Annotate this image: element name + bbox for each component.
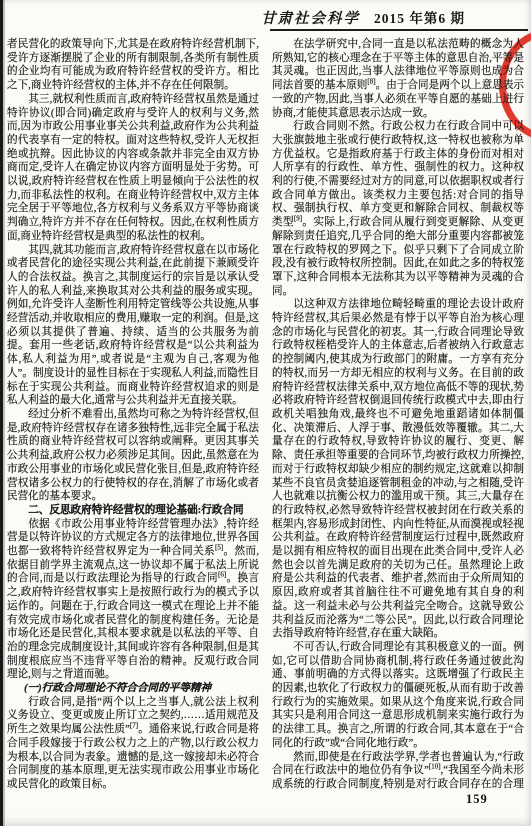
header-rule (270, 29, 528, 31)
paragraph: 行政合同,是指“两个以上之当事人,就公法上权利义务设立、变更或废止所订立之契约,… (7, 696, 259, 792)
paragraph: 者民营化的政策导向下,尤其是在政府特许经营机制下,受许方逐渐摆脱了企业的所有制限… (7, 38, 259, 93)
paragraph: 依据《市政公用事业特许经营管理办法》,特许经营是以特许协议的方式规定各方的法律地… (7, 518, 259, 682)
paragraph: 以这种双方法律地位畸轻畸重的理论去设计政府特许经营权,其后果必然是有悖于以平等自… (272, 298, 524, 641)
section-heading: 二、反思政府特许经营权的理论基础:行政合同 (7, 504, 259, 518)
paragraph: 其三,就权利性质而言,政府特许经营权虽然是通过特许协议(即合同)确定政府与受许人… (7, 93, 259, 244)
paragraph: 不可否认,行政合同理论有其积极意义的一面。例如,它可以借助合同协商机制,将行政任… (272, 641, 524, 751)
issue-label: 2015 年第6 期 (374, 11, 465, 26)
paragraph: 其四,就其功能而言,政府特许经营权意在以市场化或者民营化的途径实现公共利益,在此… (7, 244, 259, 408)
paragraph: 经过分析不难看出,虽然均可称之为特许经营权,但是,政府特许经营权存在诸多独特性,… (7, 408, 259, 504)
journal-page: 甘肃社会科学2015 年第6 期 者民营化的政策导向下,尤其是在政府特许经营机制… (0, 0, 531, 826)
paragraph: 行政合同则不然。行政公权力在行政合同中可以大张旗鼓地主张或行使行政特权,这一特权… (272, 120, 524, 298)
page-number: 159 (466, 792, 488, 807)
journal-title: 甘肃社会科学 (261, 11, 360, 27)
paragraph: 在法学研究中,合同一直是以私法范畴的概念为人所熟知,它的核心理念在于平等主体的意… (272, 38, 524, 120)
article-body: 者民营化的政策导向下,尤其是在政府特许经营机制下,受许方逐渐摆脱了企业的所有制限… (7, 38, 524, 794)
subsection-heading: (一)行政合同理论不符合合同的平等精神 (7, 682, 259, 696)
page-header: 甘肃社会科学2015 年第6 期 (261, 7, 465, 28)
scan-edge-shadow (3, 0, 5, 826)
